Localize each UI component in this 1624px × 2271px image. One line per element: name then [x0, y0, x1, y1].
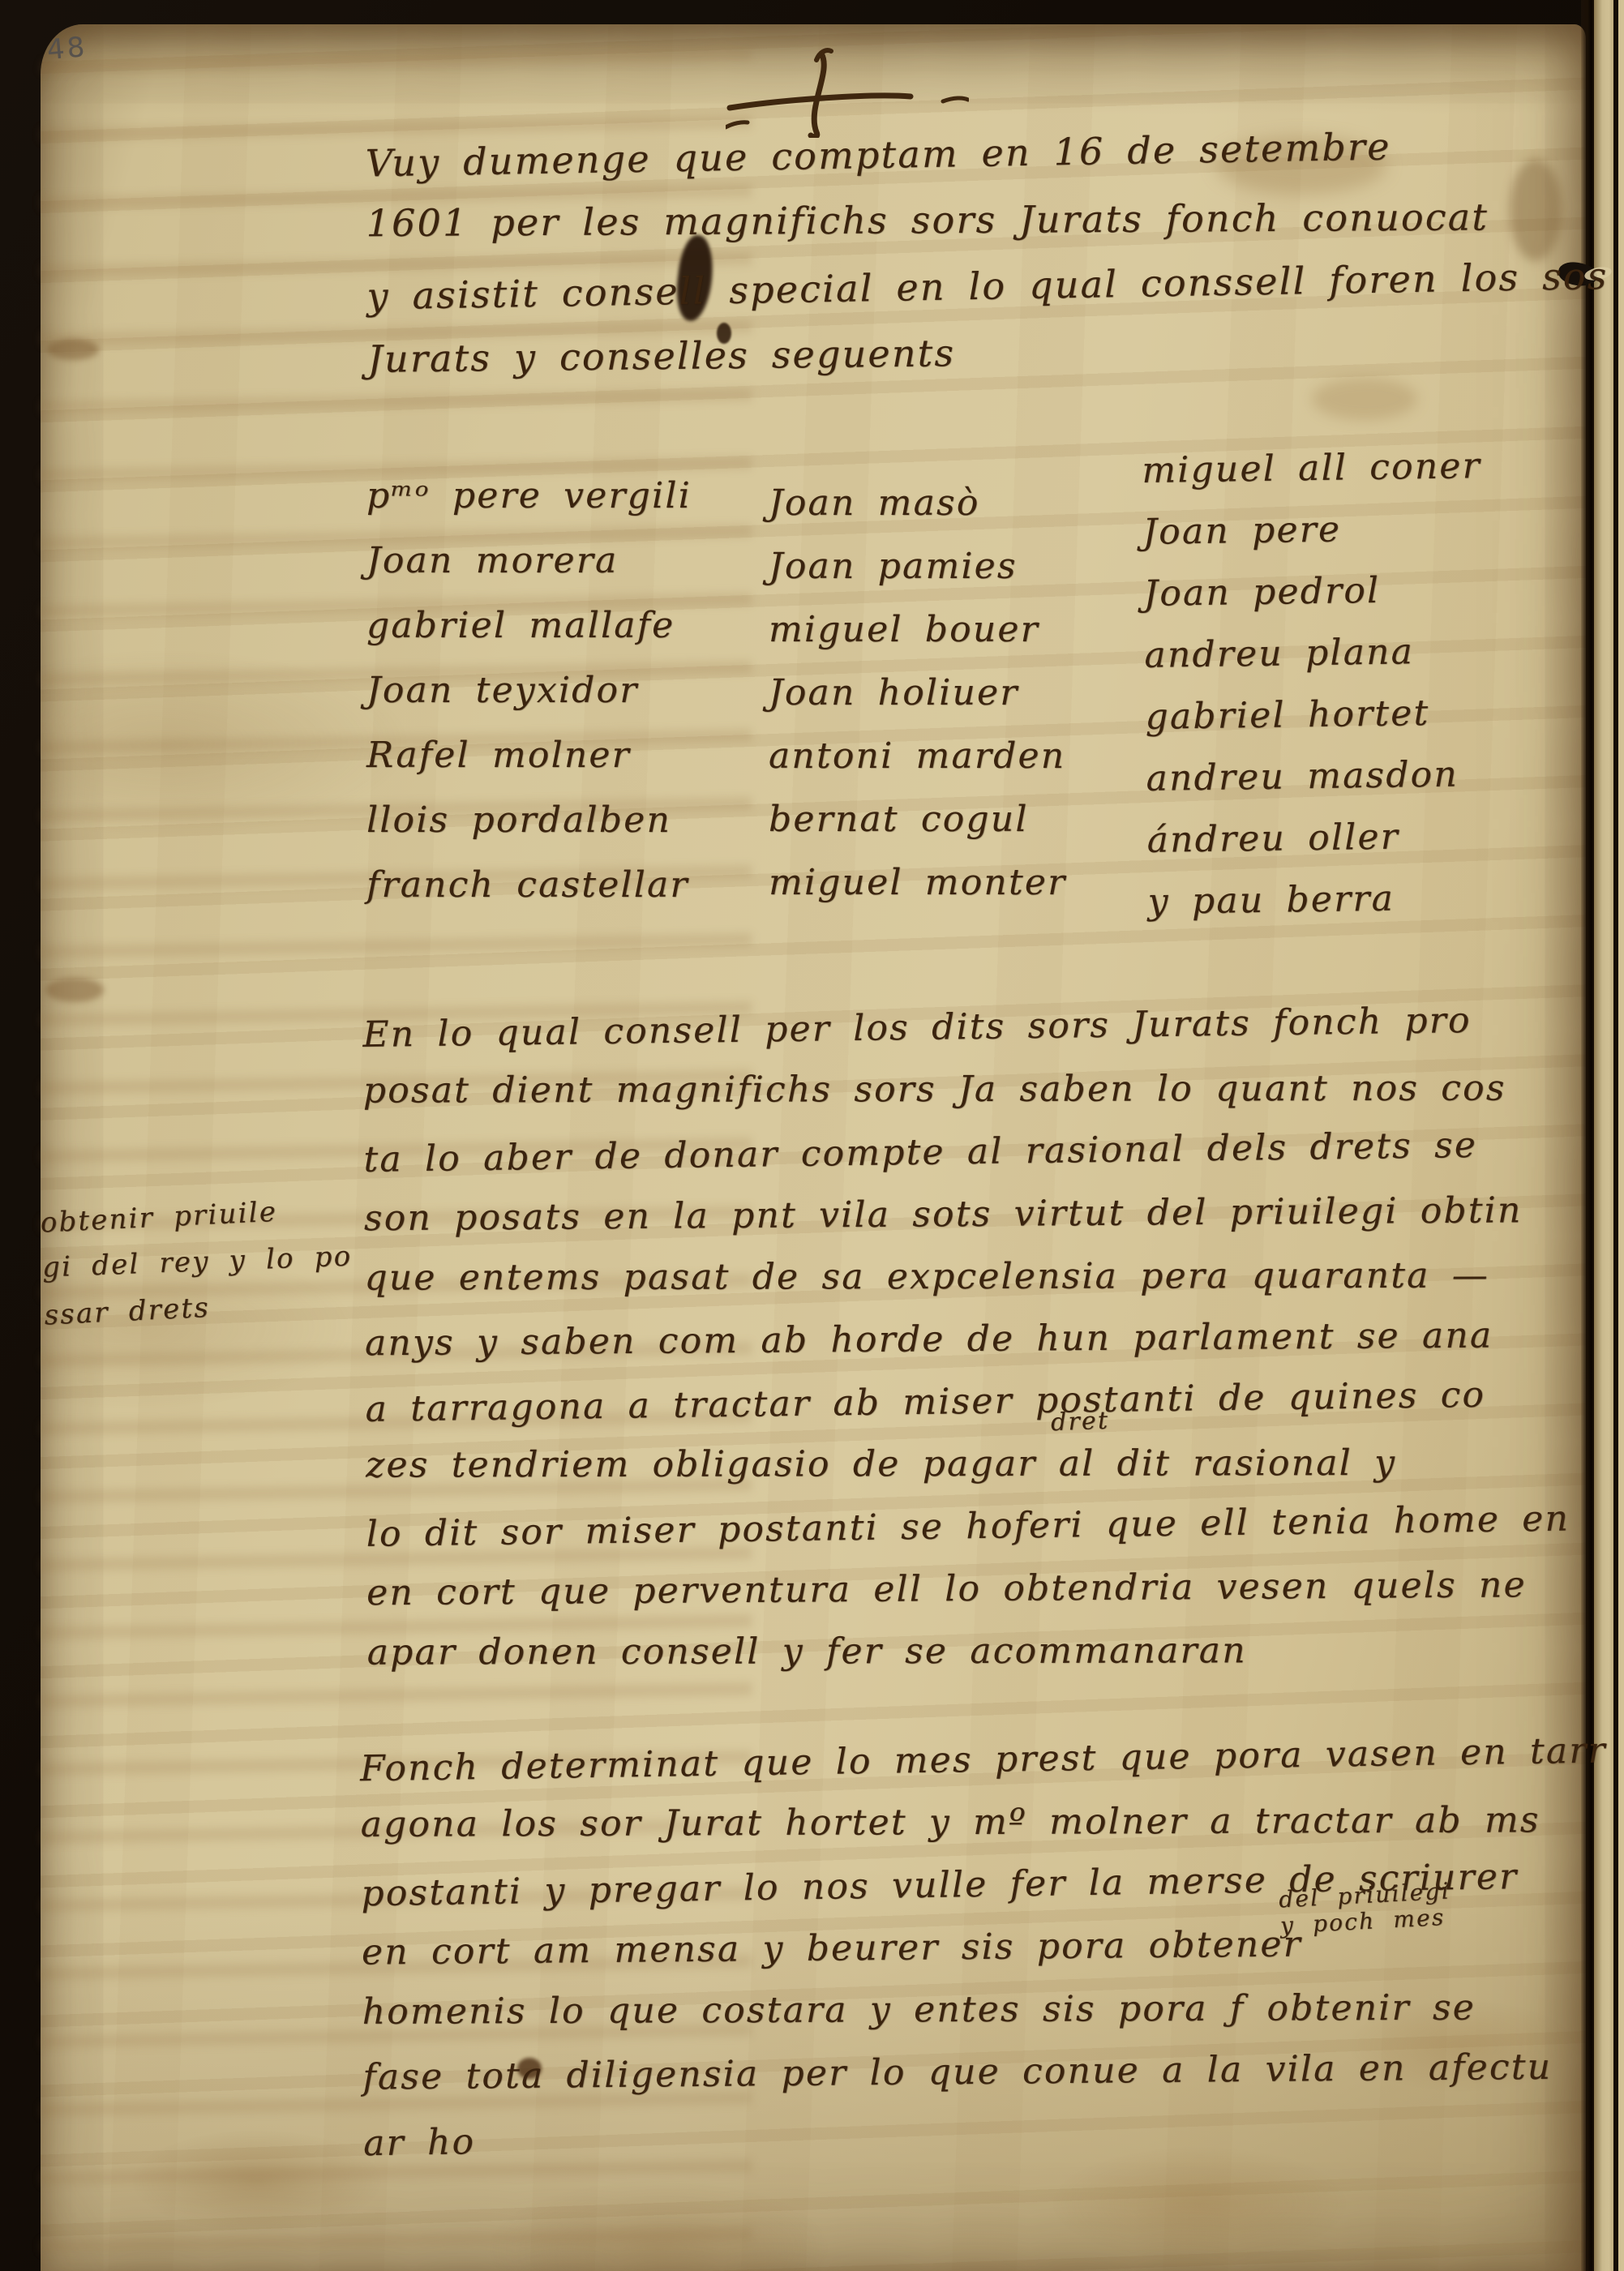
attendee-name: gabriel hortet — [1145, 682, 1485, 748]
interlinear-insertion: del priuilegiy poch mes — [1278, 1879, 1452, 1939]
attendee-name: llois pordalben — [366, 788, 692, 853]
manuscript-line: en cort que perventura ell lo obtendria … — [366, 1553, 1593, 1625]
manuscript-line: posat dient magnifichs sors Ja saben lo … — [363, 1056, 1589, 1121]
manuscript-line: a tarragona a tractar ab miser postanti … — [365, 1362, 1592, 1441]
manuscript-line: homenis lo que costara y entes sis pora … — [362, 1976, 1595, 2043]
attendee-name: Rafel molner — [366, 723, 692, 788]
manuscript-line: son posats en la pnt vila sots virtut de… — [364, 1179, 1591, 1250]
manuscript-photo: 48 Vuy dumenge que comptam en 16 de sete… — [0, 0, 1624, 2271]
attendee-name: Joan teyxidor — [366, 658, 692, 723]
manuscript-line: agona los sor Jurat hortet y mº molner a… — [361, 1789, 1593, 1856]
attendee-name: miguel all coner — [1142, 435, 1482, 502]
manuscript-line: que entems pasat de sa expcelensia pera … — [364, 1244, 1590, 1309]
manuscript-line: En lo qual consell per los dits sors Jur… — [362, 988, 1589, 1066]
attendee-name: Joan morera — [366, 529, 692, 593]
attendee-name: Joan masò — [769, 472, 1066, 535]
interlinear-insertion: dret — [1050, 1407, 1109, 1437]
attendee-name: ándreu oller — [1146, 805, 1487, 872]
attendee-name: andreu masdon — [1146, 743, 1486, 810]
attendee-column-3: miguel all conerJoan pereJoan pedrolandr… — [1142, 435, 1488, 933]
attendee-name: y pau berra — [1147, 867, 1488, 933]
manuscript-line: Fonch determinat que lo mes prest que po… — [359, 1720, 1592, 1801]
attendee-name: andreu plana — [1144, 620, 1485, 687]
attendee-name: miguel monter — [769, 851, 1066, 915]
attendee-name: Joan holiuer — [769, 662, 1066, 725]
attendee-name: gabriel mallafe — [366, 593, 692, 658]
attendee-name: Joan pamies — [769, 535, 1066, 598]
attendee-column-2: Joan masòJoan pamiesmiguel bouerJoan hol… — [769, 472, 1066, 915]
attendee-name: Joan pedrol — [1143, 559, 1484, 625]
attendee-name: antoni marden — [769, 725, 1066, 788]
attendee-column-1: pᵐᵒ pere vergiliJoan moreragabriel malla… — [366, 464, 692, 918]
manuscript-line: zes tendriem obligasio de pagar al dit r… — [366, 1431, 1592, 1496]
attendee-name: bernat cogul — [769, 788, 1066, 851]
attendee-name: pᵐᵒ pere vergili — [366, 464, 692, 529]
proposal-paragraph: En lo qual consell per los dits sors Jur… — [362, 992, 1593, 1687]
attendee-name: franch castellar — [366, 853, 692, 918]
manuscript-line: apar donen consell y fer se acommanaran — [367, 1618, 1593, 1683]
adjacent-page-sliver — [1618, 0, 1624, 2271]
resolution-paragraph: Fonch determinat que lo mes prest que po… — [360, 1723, 1596, 2170]
folio-number: 48 — [45, 31, 88, 66]
adjacent-page-edge — [1594, 0, 1615, 2271]
intro-paragraph: Vuy dumenge que comptam en 16 de setembr… — [365, 114, 1583, 392]
attendee-name: miguel bouer — [769, 598, 1066, 662]
attendee-name: Joan pere — [1142, 497, 1483, 563]
margin-note: obtenir priuilegi del rey y lo possar dr… — [40, 1188, 337, 1339]
